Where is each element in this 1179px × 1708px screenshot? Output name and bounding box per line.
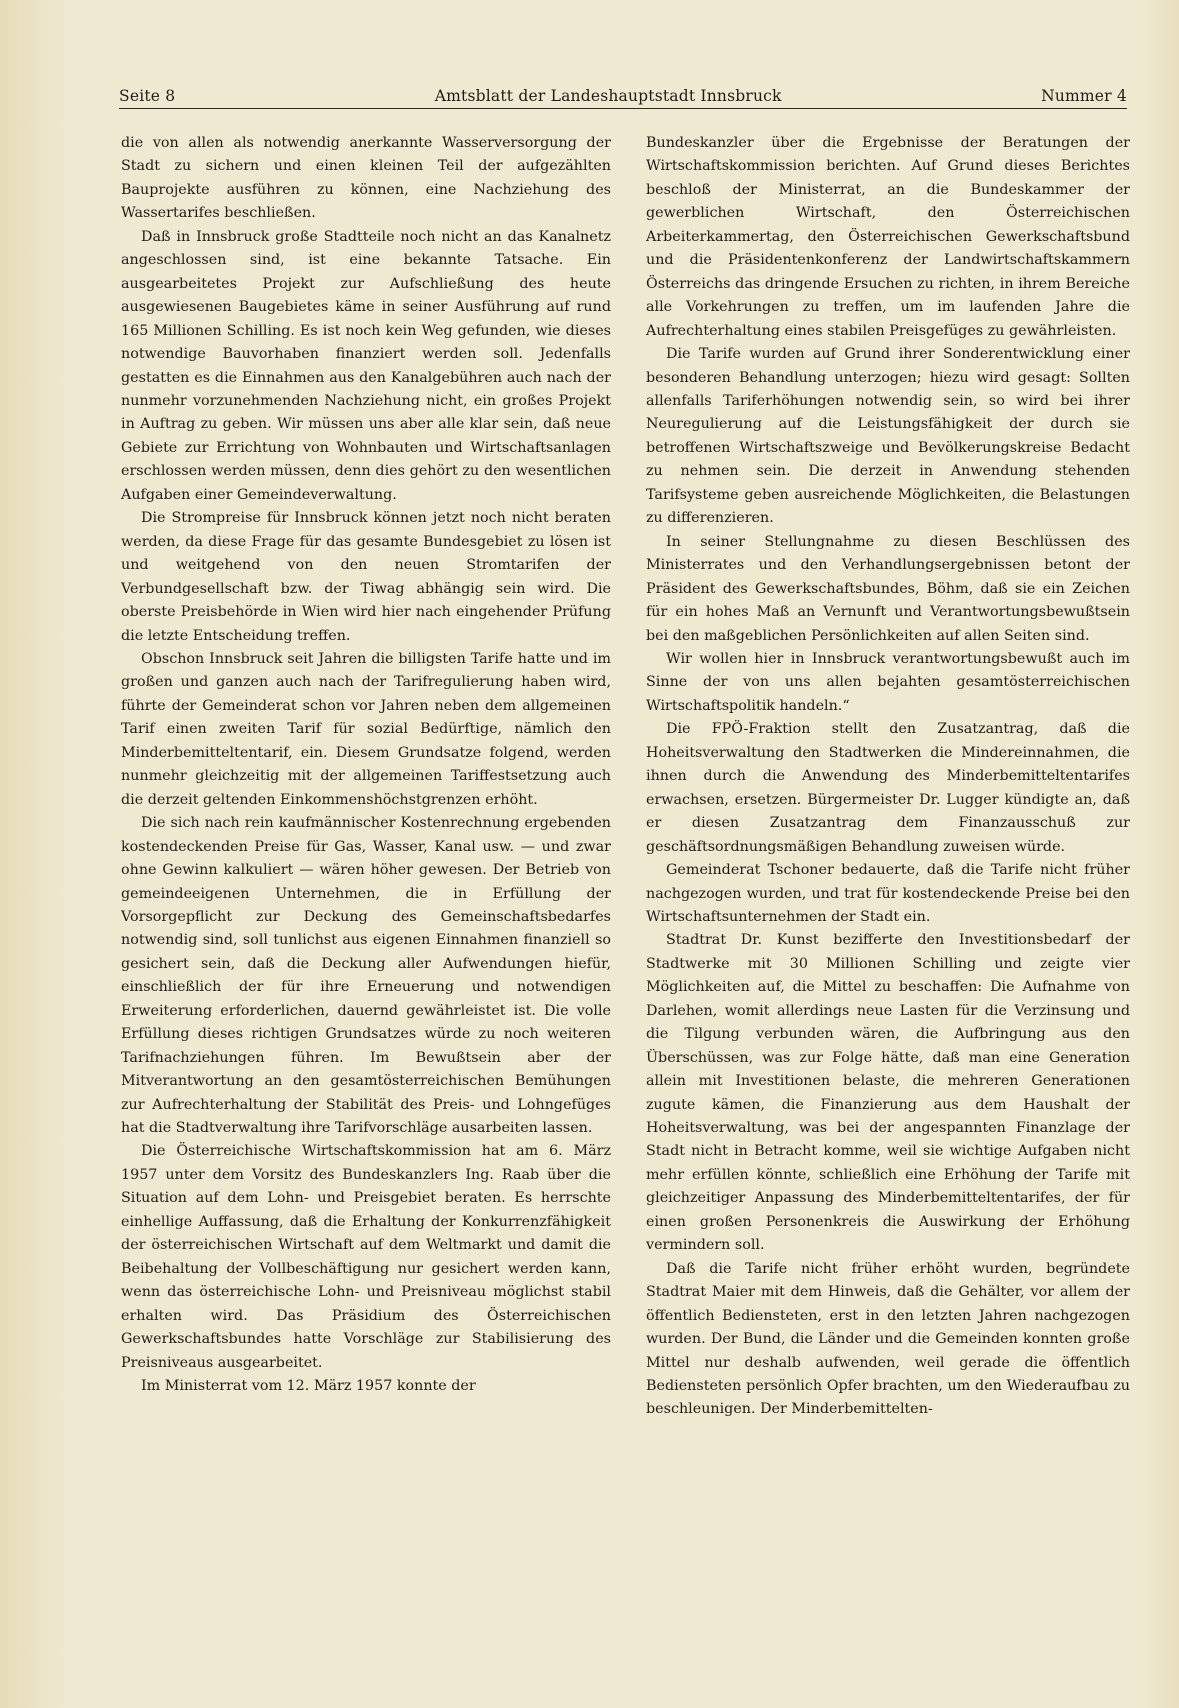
issue-number: Nummer 4: [1041, 87, 1127, 105]
paragraph: Die Tarife wurden auf Grund ihrer Sonder…: [646, 343, 1130, 531]
paragraph: Die Österreichische Wirtschaftskommissio…: [121, 1140, 611, 1375]
paragraph: Daß in Innsbruck große Stadtteile noch n…: [121, 226, 611, 507]
paragraph: Obschon Innsbruck seit Jahren die billig…: [121, 648, 611, 812]
page-edge-shadow-right: [1139, 0, 1179, 1708]
running-header: Seite 8 Amtsblatt der Landeshauptstadt I…: [119, 79, 1127, 105]
paragraph: Die FPÖ-Fraktion stellt den Zusatzantrag…: [646, 718, 1130, 859]
paragraph: Die Strompreise für Innsbruck können jet…: [121, 507, 611, 648]
page-edge-shadow-left: [0, 0, 70, 1708]
paragraph: die von allen als notwendig anerkannte W…: [121, 132, 611, 226]
paragraph: Stadtrat Dr. Kunst bezifferte den Invest…: [646, 929, 1130, 1257]
paragraph: Gemeinderat Tschoner bedauerte, daß die …: [646, 859, 1130, 929]
paragraph: Im Ministerrat vom 12. März 1957 konnte …: [121, 1375, 611, 1398]
paragraph: Die sich nach rein kaufmännischer Kosten…: [121, 812, 611, 1140]
paragraph: In seiner Stellungnahme zu diesen Beschl…: [646, 531, 1130, 648]
paragraph: Wir wollen hier in Innsbruck verantwortu…: [646, 648, 1130, 718]
page-label: Seite 8: [119, 87, 175, 105]
publication-title: Amtsblatt der Landeshauptstadt Innsbruck: [435, 87, 782, 105]
paragraph: Bundeskanzler über die Ergebnisse der Be…: [646, 132, 1130, 343]
header-divider: [119, 108, 1127, 109]
text-column-left: die von allen als notwendig anerkannte W…: [121, 132, 611, 1398]
text-column-right: Bundeskanzler über die Ergebnisse der Be…: [646, 132, 1130, 1422]
paragraph: Daß die Tarife nicht früher erhöht wurde…: [646, 1258, 1130, 1422]
